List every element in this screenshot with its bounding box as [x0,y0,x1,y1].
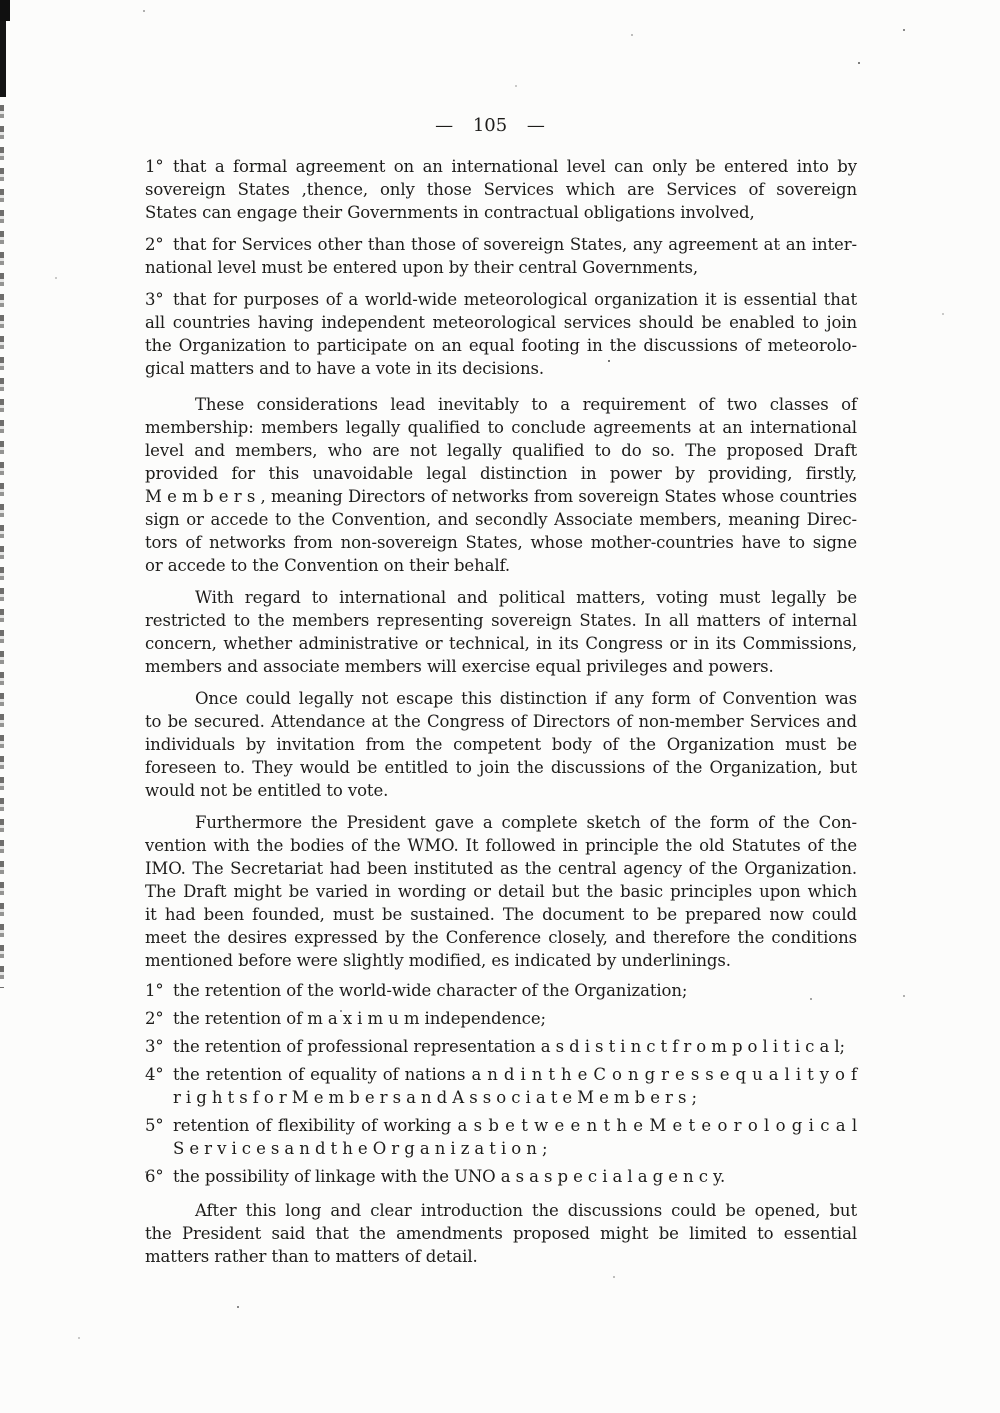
list-item: 6°the possibility of linkage with the UN… [145,1165,857,1188]
text-line: the retention of equality of nations a n… [173,1065,857,1084]
text-line: that a formal agreement on an internatio… [173,157,857,176]
item-number: 2° [145,233,173,256]
document-line: matters rather than to matters of detail… [145,1245,857,1268]
text-line: retention of flexibility of working a s … [173,1116,857,1135]
item-number: 2° [145,1007,173,1030]
text-line: that for Services other than those of so… [173,235,857,254]
clause-paragraph: 2°that for Services other than those of … [145,233,857,279]
document-line: membership: members legally qualified to… [145,416,857,439]
document-line: 2°that for Services other than those of … [145,233,857,256]
document-line: individuals by invitation from the compe… [145,733,857,756]
page-number: — 105 — [123,114,857,137]
document-line: foreseen to. They would be entitled to j… [145,756,857,779]
document-line: or accede to the Convention on their beh… [145,554,857,577]
document-line: 3°the retention of professional represen… [145,1035,857,1058]
document-line: the Organization to participate on an eq… [145,334,857,357]
document-body: — 105 — 1°that a formal agreement on an … [145,0,857,1268]
document-line: vention with the bodies of the WMO. It f… [145,834,857,857]
document-line: 5°retention of flexibility of working a … [145,1114,857,1137]
item-number: 1° [145,155,173,178]
document-line: 2°the retention of m a x i m u m indepen… [145,1007,857,1030]
body-paragraph: Furthermore the President gave a complet… [145,811,857,972]
document-line: gical matters and to have a vote in its … [145,357,857,380]
document-line: sign or accede to the Convention, and se… [145,508,857,531]
text-line: the possibility of linkage with the UNO … [173,1167,725,1186]
document-line: 3°that for purposes of a world-wide mete… [145,288,857,311]
document-line: meet the desires expressed by the Confer… [145,926,857,949]
document-line: 4°the retention of equality of nations a… [145,1063,857,1086]
text-line: the retention of professional representa… [173,1037,845,1056]
document-line: concern, whether administrative or techn… [145,632,857,655]
document-line: national level must be entered upon by t… [145,256,857,279]
document-line: restricted to the members representing s… [145,609,857,632]
list-item: 5°retention of flexibility of working a … [145,1114,857,1160]
document-line: M e m b e r s , meaning Directors of net… [145,485,857,508]
document-line: provided for this unavoidable legal dist… [145,462,857,485]
document-line: After this long and clear introduction t… [145,1199,857,1222]
scan-noise-specks [0,0,2,2]
document-line: States can engage their Governments in c… [145,201,857,224]
document-line: it had been founded, must be sustained. … [145,903,857,926]
document-line: tors of networks from non-sovereign Stat… [145,531,857,554]
body-paragraph: Once could legally not escape this disti… [145,687,857,802]
text-line: that for purposes of a world-wide meteor… [173,290,857,309]
item-number: 3° [145,288,173,311]
scanned-page: — 105 — 1°that a formal agreement on an … [0,0,1000,1413]
document-line: S e r v i c e s a n d t h e O r g a n i … [145,1137,857,1160]
document-line: level and members, who are not legally q… [145,439,857,462]
item-number: 4° [145,1063,173,1086]
document-line: sovereign States ,thence, only those Ser… [145,178,857,201]
body-paragraph: These considerations lead inevitably to … [145,393,857,577]
document-line: With regard to international and politic… [145,586,857,609]
document-line: r i g h t s f o r M e m b e r s a n d A … [145,1086,857,1109]
document-line: IMO. The Secretariat had been instituted… [145,857,857,880]
document-line: members and associate members will exerc… [145,655,857,678]
list-item: 4°the retention of equality of nations a… [145,1063,857,1109]
item-number: 3° [145,1035,173,1058]
document-line: would not be entitled to vote. [145,779,857,802]
list-item: 1°the retention of the world-wide charac… [145,979,857,1002]
document-line: 1°the retention of the world-wide charac… [145,979,857,1002]
item-number: 5° [145,1114,173,1137]
text-line: the retention of m a x i m u m independe… [173,1009,546,1028]
paragraphs-container: 1°that a formal agreement on an internat… [145,155,857,1268]
text-line: the retention of the world-wide characte… [173,981,687,1000]
document-line: all countries having independent meteoro… [145,311,857,334]
scan-left-edge-artifact [0,0,4,988]
body-paragraph: With regard to international and politic… [145,586,857,678]
document-line: These considerations lead inevitably to … [145,393,857,416]
clause-paragraph: 3°that for purposes of a world-wide mete… [145,288,857,380]
item-number: 6° [145,1165,173,1188]
document-line: Furthermore the President gave a complet… [145,811,857,834]
document-line: mentioned before were slightly modified,… [145,949,857,972]
document-line: the President said that the amendments p… [145,1222,857,1245]
document-line: 6°the possibility of linkage with the UN… [145,1165,857,1188]
document-line: 1°that a formal agreement on an internat… [145,155,857,178]
item-number: 1° [145,979,173,1002]
body-paragraph: After this long and clear introduction t… [145,1199,857,1268]
list-item: 2°the retention of m a x i m u m indepen… [145,1007,857,1030]
document-line: Once could legally not escape this disti… [145,687,857,710]
list-item: 3°the retention of professional represen… [145,1035,857,1058]
scan-left-edge-bar-foot [0,0,10,21]
document-line: The Draft might be varied in wording or … [145,880,857,903]
document-line: to be secured. Attendance at the Congres… [145,710,857,733]
clause-paragraph: 1°that a formal agreement on an internat… [145,155,857,224]
